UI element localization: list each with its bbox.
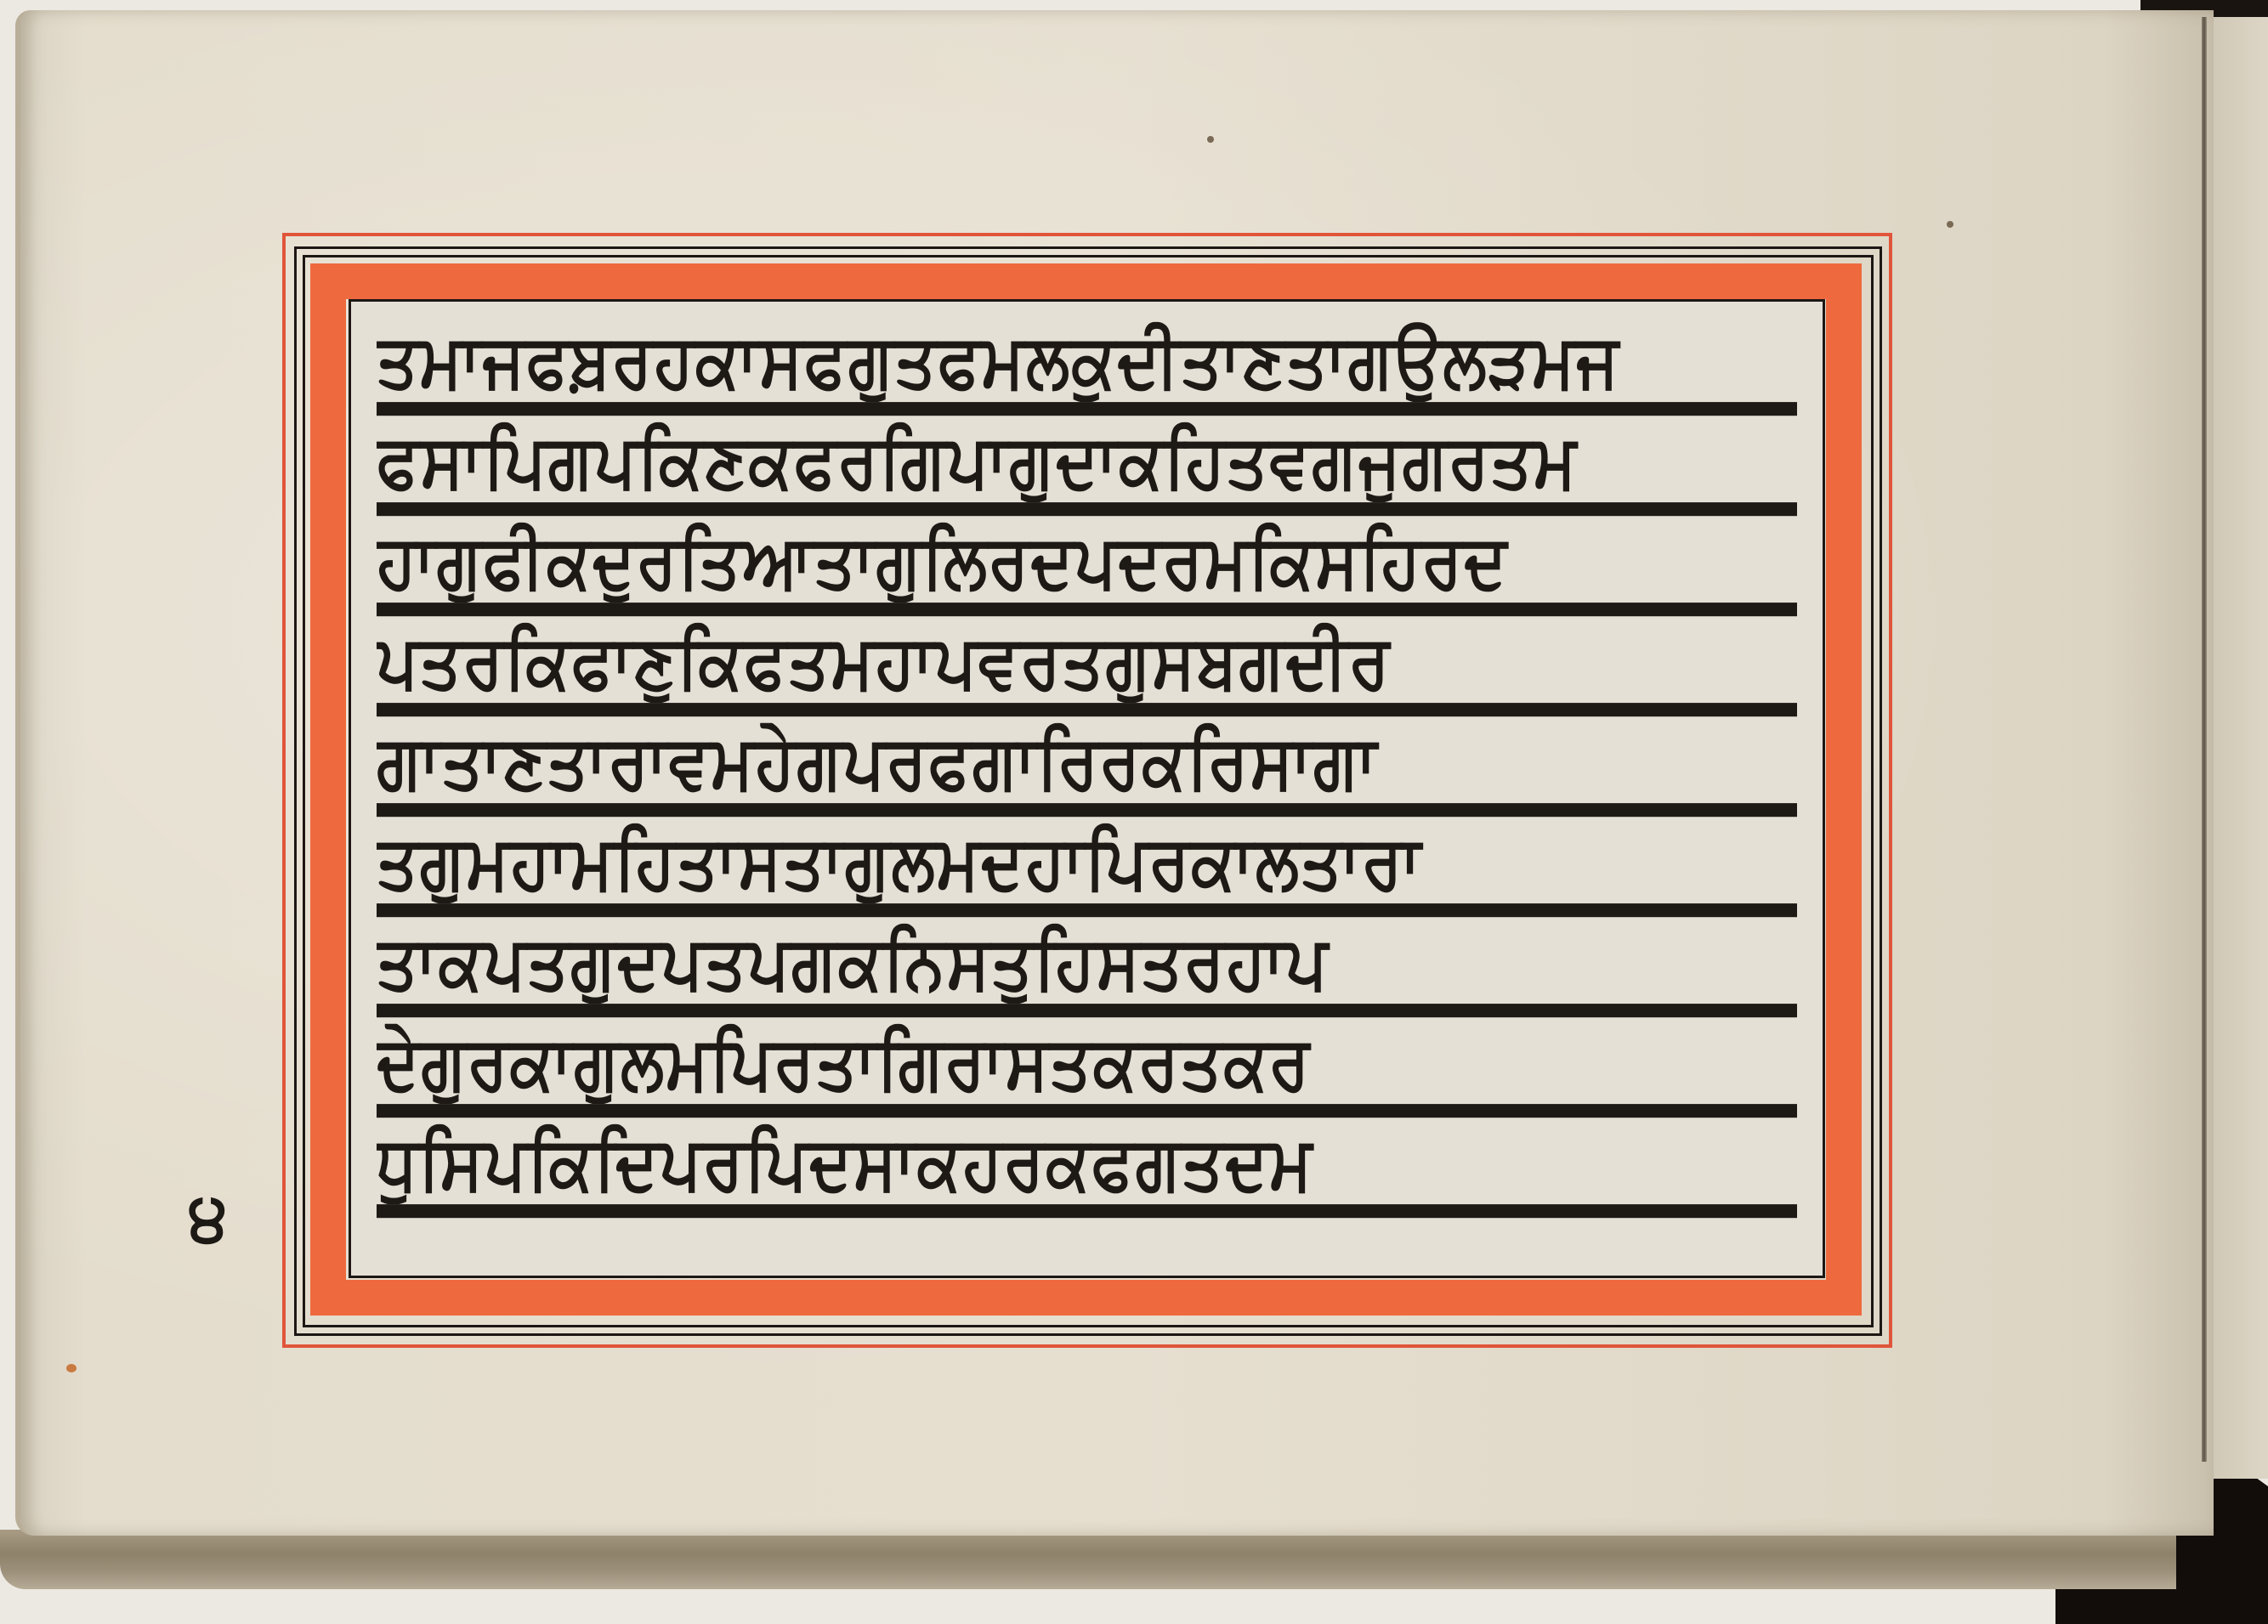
line-text: ਤਗੁਮਹਾਮਹਿਤਾਸਤਾਗੁਲਮਦਹਾਪਿਰਕਾਲਤਾਰਾ — [377, 823, 1797, 917]
line-text: ਫਸਾਪਿਗਪਕਿਣਕਫਰਗਿਪਾਗੁਦਾਕਹਿਤਵਗਜੁਗਰਤਮ — [377, 422, 1797, 516]
paper-stain — [66, 1364, 77, 1372]
page-stack-edge — [0, 1530, 2176, 1589]
text-line: ਤਗੁਮਹਾਮਹਿਤਾਸਤਾਗੁਲਮਦਹਾਪਿਰਕਾਲਤਾਰਾ — [377, 820, 1797, 920]
line-text: ਤਾਕਪਤਗੁਦਪਤਪਗਕਨਿਸਤੁਹਿਸਤਰਹਾਪ — [377, 924, 1797, 1017]
text-line: ਧੁਸਿਪਕਿਦਿਪਰਪਿਦਸਾਕਹਰਕਫਗਤਦਮ — [377, 1121, 1797, 1221]
text-lines: ਤਮਾਜਫਬ਼ਰਹਕਾਸਫਗੁਤਫਮਲਕੁਦੀਤਾਣਤਾਗਉਲੜਮਜ ਫਸਾਪਿ… — [377, 319, 1797, 1221]
page-number: ੪ — [189, 1177, 228, 1257]
text-line: ਹਾਗੁਫੀਕਦੁਰਤਿਆਤਾਗੁਲਿਰਦਪਦਰਮਕਿਸਹਿਰਦ — [377, 519, 1797, 620]
text-line: ਤਮਾਜਫਬ਼ਰਹਕਾਸਫਗੁਤਫਮਲਕੁਦੀਤਾਣਤਾਗਉਲੜਮਜ — [377, 319, 1797, 419]
next-page-sliver — [2207, 17, 2268, 1479]
line-text: ਗਾਤਾਣਤਾਰਾਵਮਹੇਗਪਰਫਗਾਰਿਰਕਰਿਸਾਗਾ — [377, 723, 1797, 817]
paper-speck — [1947, 221, 1953, 228]
line-text: ਪਤਰਕਿਫਾਣੁਕਿਫਤਮਹਾਪਵਰਤਗੁਸਬਗਦੀਰ — [377, 623, 1797, 716]
line-text: ਤਮਾਜਫਬ਼ਰਹਕਾਸਫਗੁਤਫਮਲਕੁਦੀਤਾਣਤਾਗਉਲੜਮਜ — [377, 322, 1797, 416]
paper-speck — [1207, 136, 1214, 143]
text-line: ਫਸਾਪਿਗਪਕਿਣਕਫਰਗਿਪਾਗੁਦਾਕਹਿਤਵਗਜੁਗਰਤਮ — [377, 419, 1797, 519]
text-line: ਤਾਕਪਤਗੁਦਪਤਪਗਕਨਿਸਤੁਹਿਸਤਰਹਾਪ — [377, 920, 1797, 1021]
line-text: ਧੁਸਿਪਕਿਦਿਪਰਪਿਦਸਾਕਹਰਕਫਗਤਦਮ — [377, 1124, 1797, 1218]
line-text: ਦੇਗੁਰਕਾਗੁਲਮਪਿਰਤਾਗਿਰਾਸਤਕਰਤਕਰ — [377, 1024, 1797, 1118]
text-block: ਤਮਾਜਫਬ਼ਰਹਕਾਸਫਗੁਤਫਮਲਕੁਦੀਤਾਣਤਾਗਉਲੜਮਜ ਫਸਾਪਿ… — [349, 299, 1825, 1278]
line-text: ਹਾਗੁਫੀਕਦੁਰਤਿਆਤਾਗੁਲਿਰਦਪਦਰਮਕਿਸਹਿਰਦ — [377, 523, 1797, 616]
text-line: ਦੇਗੁਰਕਾਗੁਲਮਪਿਰਤਾਗਿਰਾਸਤਕਰਤਕਰ — [377, 1021, 1797, 1121]
text-line: ਗਾਤਾਣਤਾਰਾਵਮਹੇਗਪਰਫਗਾਰਿਰਕਰਿਸਾਗਾ — [377, 720, 1797, 820]
book-gutter — [2202, 17, 2207, 1462]
text-line: ਪਤਰਕਿਫਾਣੁਕਿਫਤਮਹਾਪਵਰਤਗੁਸਬਗਦੀਰ — [377, 620, 1797, 720]
